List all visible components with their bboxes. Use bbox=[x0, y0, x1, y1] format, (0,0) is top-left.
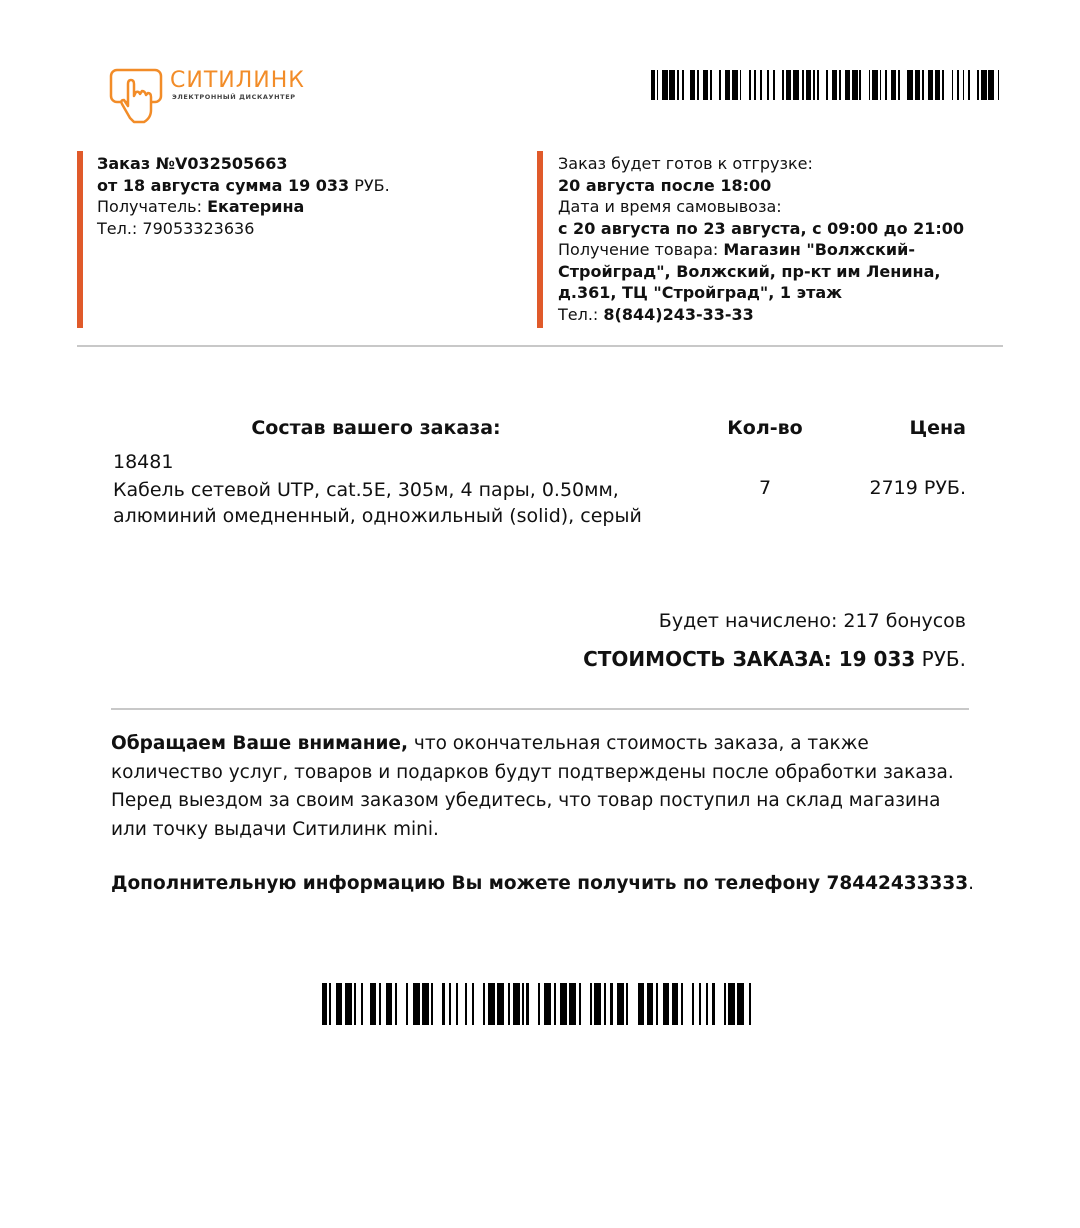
barcode-bar bbox=[999, 70, 1003, 100]
barcode-bar bbox=[422, 983, 429, 1025]
item-qty: 7 bbox=[700, 477, 830, 499]
barcode-bar bbox=[569, 983, 576, 1025]
barcode-bar bbox=[345, 983, 352, 1025]
barcode-bar bbox=[474, 983, 483, 1025]
barcode-bar bbox=[544, 983, 551, 1025]
order-total-label: СТОИМОСТЬ ЗАКАЗА: 19 033 bbox=[583, 647, 915, 671]
barcode-bar bbox=[751, 983, 756, 1025]
barcode-bar bbox=[737, 983, 744, 1025]
item-code: 18481 bbox=[113, 451, 173, 473]
barcode-bar bbox=[900, 70, 907, 100]
barcode-bar bbox=[663, 983, 670, 1025]
order-recipient: Получатель: Екатерина bbox=[97, 196, 527, 218]
order-date-sum-text: от 18 августа сумма 19 033 bbox=[97, 176, 349, 195]
barcode-bar bbox=[497, 983, 504, 1025]
column-header-qty: Кол-во bbox=[700, 417, 830, 439]
barcode-bar bbox=[397, 983, 406, 1025]
store-phone: Тел.: 8(844)243-33-33 bbox=[558, 304, 988, 326]
barcode-bar bbox=[861, 70, 868, 100]
barcode-bar bbox=[741, 70, 748, 100]
barcode-bar bbox=[433, 983, 442, 1025]
pickup-info: Заказ будет готов к отгрузке: 20 августа… bbox=[558, 153, 988, 325]
bonus-text: Будет начислено: 217 бонусов bbox=[500, 610, 966, 632]
order-total: СТОИМОСТЬ ЗАКАЗА: 19 033 РУБ. bbox=[450, 647, 966, 671]
info-note: Дополнительную информацию Вы можете полу… bbox=[111, 870, 981, 899]
store-phone-label: Тел.: bbox=[558, 305, 603, 324]
location-label: Получение товара: bbox=[558, 240, 723, 259]
info-bold: Дополнительную информацию Вы можете полу… bbox=[111, 873, 968, 894]
barcode-bar bbox=[728, 983, 735, 1025]
order-total-currency: РУБ. bbox=[915, 647, 966, 671]
recipient-label: Получатель: bbox=[97, 197, 207, 216]
info-end: . bbox=[968, 873, 974, 894]
order-currency: РУБ. bbox=[354, 176, 389, 195]
brand-tagline: ЭЛЕКТРОННЫЙ ДИСКАУНТЕР bbox=[172, 93, 296, 101]
divider-bottom bbox=[111, 708, 969, 710]
barcode-bar bbox=[638, 983, 645, 1025]
window-value: с 20 августа по 23 августа, с 09:00 до 2… bbox=[558, 218, 988, 240]
barcode-bar bbox=[529, 983, 538, 1025]
divider-top bbox=[77, 345, 1003, 347]
barcode-bar bbox=[594, 983, 601, 1025]
barcode-bar bbox=[488, 983, 495, 1025]
citilink-logo: СИТИЛИНК ЭЛЕКТРОННЫЙ ДИСКАУНТЕР bbox=[108, 66, 338, 126]
item-price: 2719 РУБ. bbox=[830, 477, 966, 499]
column-header-name: Состав вашего заказа: bbox=[111, 417, 641, 439]
barcode-bar bbox=[672, 983, 679, 1025]
barcode-bar bbox=[819, 70, 826, 100]
hand-pointer-icon bbox=[108, 66, 168, 126]
barcode-bar bbox=[363, 983, 370, 1025]
barcode-bar bbox=[560, 983, 567, 1025]
brand-name: СИТИЛИНК bbox=[170, 68, 305, 93]
barcode-bar bbox=[617, 983, 624, 1025]
accent-bar-left bbox=[77, 151, 83, 328]
attention-note: Обращаем Ваше внимание, что окончательна… bbox=[111, 730, 981, 844]
pickup-location: Получение товара: Магазин "Волжский-Стро… bbox=[558, 239, 988, 304]
barcode-bar bbox=[944, 70, 951, 100]
barcode-bar bbox=[628, 983, 637, 1025]
barcode-bar bbox=[336, 983, 343, 1025]
order-barcode-top bbox=[651, 70, 1003, 100]
barcode-bar bbox=[715, 983, 724, 1025]
barcode-bar bbox=[581, 983, 590, 1025]
barcode-bar bbox=[970, 70, 977, 100]
window-label: Дата и время самовывоза: bbox=[558, 196, 988, 218]
order-number: Заказ №V032505663 bbox=[97, 153, 527, 175]
barcode-bar bbox=[647, 983, 654, 1025]
ready-label: Заказ будет готов к отгрузке: bbox=[558, 153, 988, 175]
column-header-price: Цена bbox=[830, 417, 966, 439]
barcode-bar bbox=[386, 983, 393, 1025]
item-name: Кабель сетевой UTP, cat.5E, 305м, 4 пары… bbox=[113, 477, 683, 529]
barcode-bar bbox=[712, 70, 719, 100]
store-phone-value: 8(844)243-33-33 bbox=[603, 305, 753, 324]
order-info: Заказ №V032505663 от 18 августа сумма 19… bbox=[97, 153, 527, 239]
ready-value: 20 августа после 18:00 bbox=[558, 175, 988, 197]
barcode-bar bbox=[775, 70, 782, 100]
barcode-bar bbox=[683, 983, 692, 1025]
order-barcode-bottom bbox=[322, 983, 756, 1025]
attention-bold: Обращаем Ваше внимание, bbox=[111, 733, 408, 754]
recipient-name: Екатерина bbox=[207, 197, 304, 216]
order-date-sum: от 18 августа сумма 19 033 РУБ. bbox=[97, 175, 527, 197]
barcode-bar bbox=[513, 983, 520, 1025]
order-phone: Тел.: 79053323636 bbox=[97, 218, 527, 240]
barcode-bar bbox=[370, 983, 377, 1025]
barcode-bar bbox=[458, 983, 465, 1025]
accent-bar-right bbox=[537, 151, 543, 328]
barcode-bar bbox=[413, 983, 420, 1025]
